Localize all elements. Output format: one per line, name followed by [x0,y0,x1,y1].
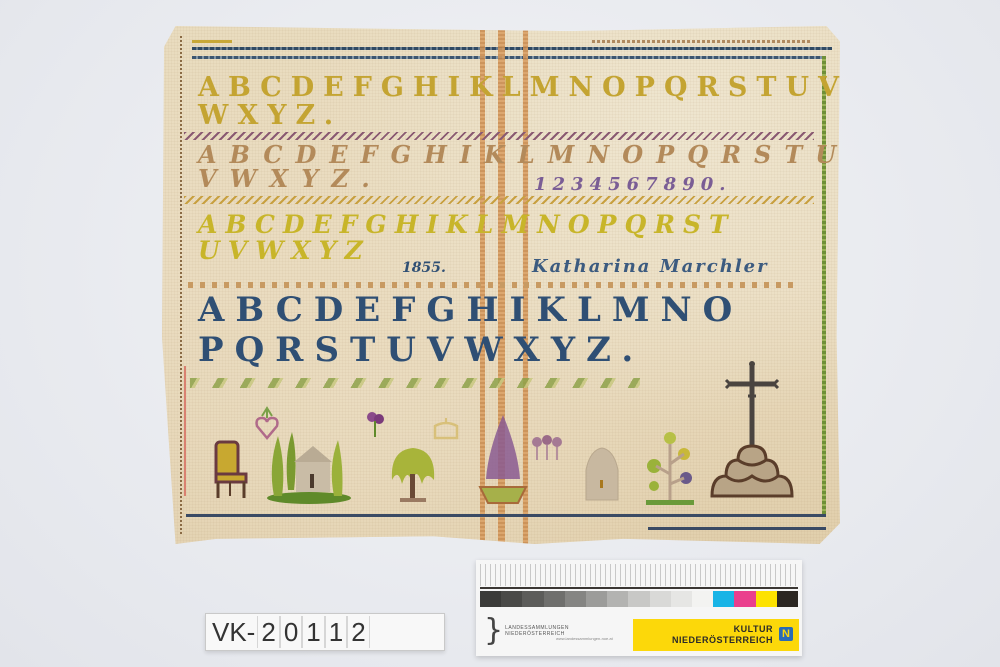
flower-motif [364,409,386,439]
alphabet-row-1-line-2: WXYZ. [198,100,342,131]
color-patch [544,591,565,607]
id-digit: 2 [347,616,369,648]
color-patch [713,591,734,607]
numerals-row: 1234567890. [534,174,732,195]
top-tan-wave [592,40,812,43]
purple-wave-border [184,132,814,140]
flowering-tree-motif [640,424,700,506]
color-patch [671,591,692,607]
beehive-motif [582,446,622,502]
top-blue-band [192,47,832,50]
noe-logo-icon: N [779,627,793,641]
color-patch [586,591,607,607]
color-patch [501,591,522,607]
bottom-blue-line-2 [648,527,826,530]
chair-motif [210,440,250,500]
alphabet-row-4-line-2: PQRSTUVWXYZ. [198,330,644,370]
color-patch [734,591,755,607]
top-blue-band-2 [192,56,822,59]
color-patch [607,591,628,607]
id-prefix: VK- [210,616,257,648]
urn-plant-motif [478,411,528,511]
alphabet-row-2-line-2: VWXYZ. [198,164,383,193]
left-border-stitch [180,36,182,534]
alphabet-row-3-script: ABCDEFGHIKLMNOPQRST [198,210,736,239]
green-vine-border [190,378,640,388]
crown-motif [432,418,460,442]
color-patch [480,591,501,607]
color-patch [650,591,671,607]
ruler-ticks [480,564,798,586]
id-digit: 1 [302,616,324,648]
alphabet-row-1: ABCDEFGHIKLMNOPQRSTUV [198,72,848,103]
maker-name: Katharina Marchler [532,256,769,277]
color-patch [777,591,798,607]
top-gold-band [192,40,232,43]
red-side-line [184,366,186,496]
color-patch [628,591,649,607]
right-border-stitch [822,56,826,514]
year-stitched: 1855. [402,260,446,276]
brace-icon: } [484,616,503,646]
flowers-motif [530,434,564,462]
color-patch [692,591,713,607]
dotted-border [188,282,798,288]
brand-line-2: NIEDERÖSTERREICH [672,635,773,645]
color-reference-scale: } LANDESSAMMLUNGEN NIEDERÖSTERREICH www.… [476,560,802,656]
id-digit: 1 [325,616,347,648]
kultur-banner: KULTUR NIEDERÖSTERREICH N [633,619,799,651]
alphabet-row-4-blackletter: ABCDEFGHIKLMNO [198,290,743,330]
alphabet-row-3-line-2: UVWXYZ [198,236,371,265]
color-patches [480,591,798,607]
color-patch [565,591,586,607]
weeping-willow-motif [388,444,438,504]
institution-url: www.landessammlungen-noe.at [556,636,613,641]
color-patch [522,591,543,607]
institution-logo: } LANDESSAMMLUNGEN NIEDERÖSTERREICH [484,616,569,646]
sampler-textile: ABCDEFGHIKLMNOPQRSTUV WXYZ. ABCDEFGHIKLM… [162,26,840,544]
brand-line-1: KULTUR [734,624,773,634]
inventory-number-label: VK- 2 0 1 1 2 [205,613,445,651]
ruler-divider [480,587,798,589]
id-digit: 2 [257,616,279,648]
id-digit: 0 [280,616,302,648]
gold-wave-border [184,196,814,204]
cross-on-mound-motif [708,360,796,500]
house-with-trees-motif [264,426,354,506]
bottom-blue-line [186,514,826,517]
color-patch [756,591,777,607]
